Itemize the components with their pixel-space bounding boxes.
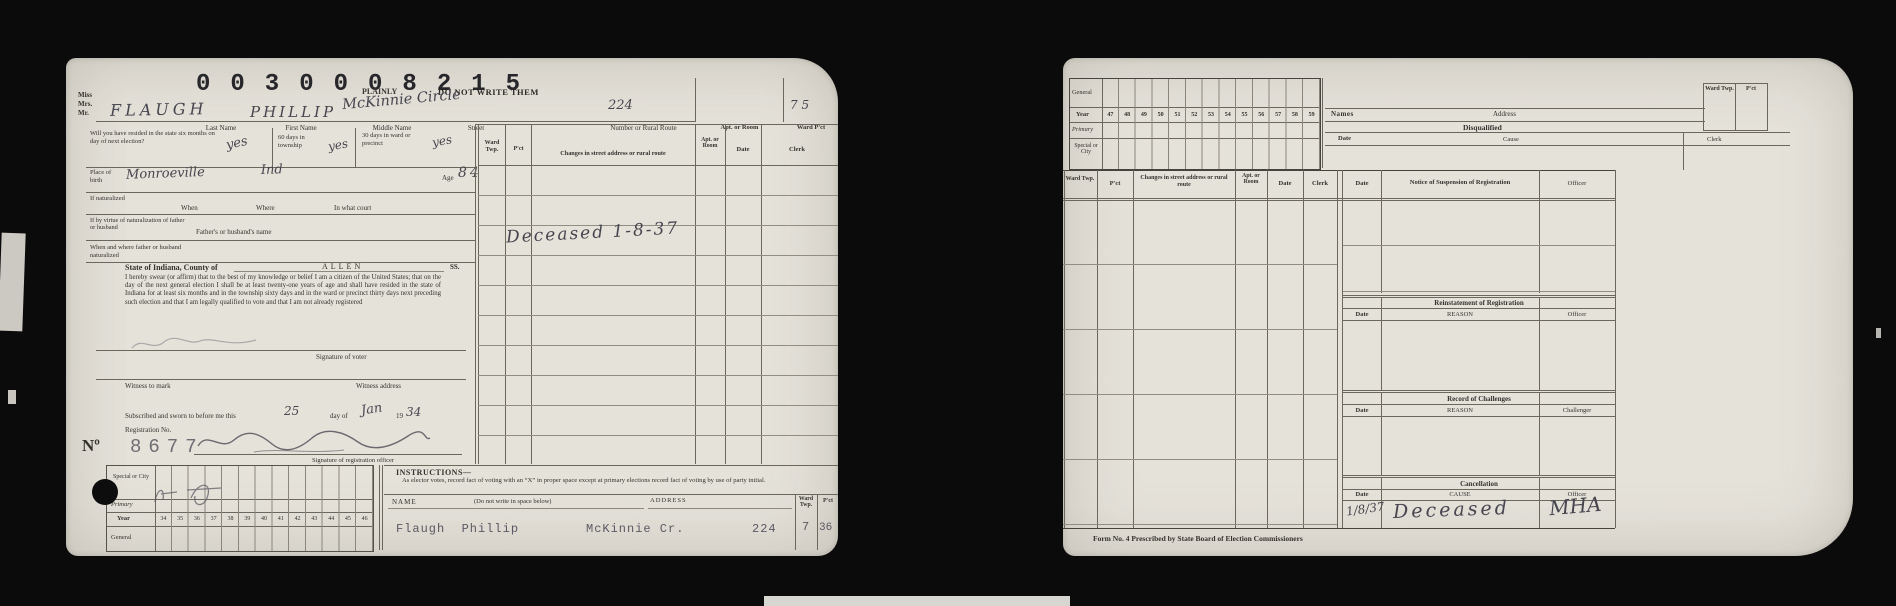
typed-number: 224	[752, 522, 777, 536]
officer-signature-line	[194, 454, 462, 455]
typed-pct: 36	[819, 522, 832, 534]
voter-signature-label: Signature of voter	[316, 353, 367, 361]
street-label: Street	[451, 124, 501, 132]
table-header-apt: Apt. or Room	[1237, 173, 1265, 185]
table-header-date: Date	[1269, 180, 1301, 187]
changes-header-apt: Apt. or Room	[696, 137, 724, 149]
sworn-19-label: 19	[396, 412, 403, 420]
disqualified-clerk-label: Clerk	[1707, 136, 1721, 143]
rule	[86, 214, 476, 215]
cancellation-cause-value: Deceased	[1393, 497, 1511, 523]
oath-state-county-label: State of Indiana, County of	[125, 263, 218, 272]
vote-year-cell: 40	[256, 513, 273, 526]
rule	[1325, 145, 1790, 146]
vote-year-cell: 53	[1203, 108, 1220, 122]
vote-year-cell: 45	[339, 513, 356, 526]
rule	[1343, 392, 1615, 393]
oath-county-value: ALLEN	[322, 262, 363, 271]
ward-pct-label: Ward P'ct	[785, 124, 837, 131]
sworn-day-value: 25	[284, 404, 299, 418]
divider	[695, 78, 696, 122]
middle-name-label: Middle Name	[356, 124, 428, 132]
oath-body: I hereby swear (or affirm) that to the b…	[125, 274, 441, 307]
reinstatement-date-label: Date	[1345, 311, 1379, 318]
typed-address: McKinnie Cr.	[586, 522, 684, 536]
rule	[1343, 489, 1615, 490]
scan-artifact	[1876, 328, 1881, 338]
changes-header-date: Date	[726, 146, 760, 153]
vote-year-cell: 51	[1169, 108, 1186, 122]
vote-year-cell: 43	[306, 513, 323, 526]
suspension-heading: Notice of Suspension of Registration	[1383, 179, 1537, 186]
divider	[272, 128, 273, 167]
township-answer: yes	[327, 136, 349, 153]
place-of-birth-label: Place of birth	[90, 169, 122, 184]
divider	[1539, 297, 1540, 390]
changes-table-rows	[1063, 200, 1337, 528]
table-header-clerk: Clerk	[1305, 180, 1335, 187]
instructions-ward-label: Ward Twp.	[795, 496, 817, 508]
registration-number: 8677	[130, 436, 204, 458]
row-primary-label: Primary	[1072, 126, 1093, 133]
voter-signature-line	[96, 350, 466, 351]
changes-header-ward: Ward Twp.	[479, 140, 505, 153]
vote-year-cell: 50	[1152, 108, 1169, 122]
pencil-mark	[147, 468, 257, 518]
sworn-day-of-label: day of	[330, 412, 348, 420]
voter-card-back: General Year Primary Special or City 474…	[1063, 58, 1853, 556]
suspension-rows	[1343, 200, 1615, 293]
last-name-value: FLAUGH	[110, 99, 208, 120]
table-header-ward: Ward Twp.	[1065, 176, 1095, 183]
rule	[1343, 416, 1615, 417]
vote-year-cell: 59	[1303, 108, 1320, 122]
name-underline	[96, 121, 696, 122]
divider	[783, 78, 784, 122]
vote-year-cell: 58	[1286, 108, 1303, 122]
vote-record-grid: Special or City Primary Year General 343…	[106, 465, 374, 552]
cancellation-officer-value: MHA	[1548, 492, 1602, 520]
form-footer: Form No. 4 Prescribed by State Board of …	[1093, 534, 1303, 543]
rule	[384, 465, 838, 466]
rule	[1063, 170, 1615, 171]
reinstatement-heading: Reinstatement of Registration	[1363, 299, 1595, 307]
sworn-prefix: Subscribed and sworn to before me this	[125, 412, 236, 420]
rule	[86, 192, 476, 193]
address-label: Address	[1493, 110, 1516, 118]
instructions-title: INSTRUCTIONS—	[396, 468, 471, 477]
rule	[1343, 295, 1615, 296]
disqualified-label: Disqualified	[1463, 123, 1502, 132]
instructions-pct-label: P'ct	[818, 498, 838, 504]
suspension-date-label: Date	[1345, 180, 1379, 187]
corner-ward-label: Ward Twp.	[1704, 86, 1735, 93]
rule	[1325, 121, 1705, 122]
divider	[1337, 170, 1338, 528]
township-question: 60 days in township	[278, 134, 326, 149]
row-year-label: Year	[117, 515, 130, 522]
scan-artifact	[8, 390, 16, 404]
witness-line	[96, 379, 466, 380]
typed-ward: 7	[802, 520, 809, 534]
disqualified-date-label: Date	[1338, 135, 1351, 142]
cancellation-date-value: 1/8/37	[1345, 499, 1385, 518]
changes-header-changes: Changes in street address or rural route	[532, 150, 694, 157]
cancellation-heading: Cancellation	[1363, 480, 1595, 488]
vote-year-cell: 57	[1270, 108, 1287, 122]
when-where-naturalized-label: When and where father or husband natural…	[90, 244, 205, 259]
vote-year-cell: 55	[1236, 108, 1253, 122]
challenges-reason-label: REASON	[1383, 407, 1537, 414]
divider	[1539, 392, 1540, 475]
residency-state-question: Will you have resided in the state six m…	[90, 130, 215, 145]
no-prefix: Nº	[82, 436, 100, 456]
corner-pct-label: P'ct	[1736, 86, 1766, 92]
punch-hole	[92, 479, 118, 505]
instructions-name-label: NAME	[392, 498, 417, 506]
instructions-address-label: ADDRESS	[650, 497, 687, 504]
vote-year-cell: 52	[1186, 108, 1203, 122]
divider	[379, 465, 380, 550]
instructions-body: As elector votes, record fact of voting …	[402, 477, 822, 485]
vote-year-cell: 54	[1219, 108, 1236, 122]
divider	[1767, 83, 1768, 131]
rule	[1343, 320, 1615, 321]
row-general-label: General	[111, 534, 132, 541]
ward-answer: yes	[431, 132, 453, 149]
vote-year-cell: 44	[323, 513, 340, 526]
rule	[388, 508, 644, 509]
reinstatement-reason-label: REASON	[1383, 311, 1537, 318]
rule	[234, 271, 444, 272]
rule	[1343, 308, 1615, 309]
rule	[1343, 390, 1615, 391]
vote-year-cell: 49	[1136, 108, 1153, 122]
witness-address-label: Witness address	[356, 382, 401, 390]
oath-ss-label: SS.	[450, 263, 460, 271]
reinstatement-officer-label: Officer	[1541, 311, 1613, 318]
grid-column-lines	[1102, 79, 1320, 169]
rule	[1343, 475, 1615, 476]
witness-to-mark-label: Witness to mark	[125, 382, 171, 390]
row-special-city-label: Special or City	[1071, 143, 1101, 156]
naturalized-label: If naturalized	[90, 195, 138, 203]
virtue-naturalization-label: If by virtue of naturalization of father…	[90, 217, 190, 231]
challenges-challenger-label: Challenger	[1541, 407, 1613, 414]
sworn-year-value: 34	[406, 405, 421, 419]
ward-pct-value: 7 5	[790, 98, 809, 112]
title-mrs-label: Mrs.	[78, 100, 92, 108]
vote-year-cell: 56	[1253, 108, 1270, 122]
street-number-value: 224	[608, 98, 633, 113]
divider	[1539, 477, 1540, 528]
names-label: Names	[1331, 110, 1354, 118]
title-mr-label: Mr.	[78, 109, 89, 117]
rule	[648, 508, 792, 509]
cancellation-cause-label: CAUSE	[1383, 491, 1537, 498]
table-header-changes: Changes in street address or rural route	[1135, 175, 1233, 189]
rule	[475, 124, 838, 125]
apt-room-label: Apt. or Room	[697, 124, 782, 131]
changes-header-clerk: Clerk	[762, 146, 832, 153]
divider	[1322, 78, 1323, 168]
court-label: In what court	[334, 204, 371, 212]
divider	[355, 128, 356, 167]
rule	[384, 494, 838, 495]
title-miss-label: Miss	[78, 91, 92, 99]
changes-header-pct: P'ct	[506, 146, 531, 152]
vote-year-cell: 46	[356, 513, 373, 526]
officer-signature-label: Signature of registration officer	[312, 457, 394, 464]
cancellation-date-label: Date	[1345, 491, 1379, 498]
rule	[1325, 132, 1790, 133]
disqualified-cause-label: Cause	[1503, 136, 1519, 143]
divider	[1381, 297, 1382, 390]
rule	[1343, 477, 1615, 478]
first-name-label: First Name	[266, 124, 336, 132]
age-label: Age	[442, 174, 454, 182]
divider	[1381, 392, 1382, 475]
sworn-month-value: Jan	[360, 401, 383, 419]
vote-year-cell: 42	[289, 513, 306, 526]
place-of-birth-value: Monroeville Ind	[126, 162, 283, 182]
voter-card-front: 0030008215 PLAINLY DO NOT WRITE THEM Mis…	[66, 58, 838, 556]
registration-no-label: Registration No.	[125, 426, 171, 434]
instructions-center-note: (Do not write in space below)	[474, 498, 551, 505]
ward-question: 30 days in ward or precinct	[362, 132, 430, 147]
rule	[1325, 108, 1705, 109]
vote-record-grid-back: General Year Primary Special or City 474…	[1069, 78, 1321, 170]
vote-year-cell: 48	[1119, 108, 1136, 122]
rule	[1063, 528, 1615, 529]
challenges-heading: Record of Challenges	[1363, 395, 1595, 403]
typed-name: Flaugh Phillip	[396, 522, 519, 536]
row-general-label: General	[1072, 89, 1092, 96]
rule	[1343, 297, 1615, 298]
scanned-voter-registration-card: 0030008215 PLAINLY DO NOT WRITE THEM Mis…	[0, 0, 1896, 606]
challenges-date-label: Date	[1345, 407, 1379, 414]
divider	[1615, 170, 1616, 528]
first-name-value: PHILLIP	[250, 103, 336, 121]
vote-year-cell: 41	[272, 513, 289, 526]
rule	[1343, 404, 1615, 405]
vote-year-cells: 47484950515253545556575859	[1102, 108, 1320, 122]
divider	[1683, 132, 1684, 170]
where-label: Where	[256, 204, 275, 212]
suspension-officer-label: Officer	[1541, 180, 1613, 187]
row-primary-label: Primary	[111, 501, 133, 508]
rule	[86, 240, 476, 241]
scan-artifact	[764, 596, 1070, 606]
changes-table-rows	[478, 166, 838, 464]
vote-year-cell: 47	[1102, 108, 1119, 122]
table-header-pct: P'ct	[1099, 180, 1131, 187]
row-year-label: Year	[1076, 111, 1089, 118]
residency-state-answer: yes	[225, 134, 249, 153]
scan-artifact	[0, 233, 26, 332]
divider	[382, 465, 383, 550]
divider	[475, 124, 476, 464]
rule	[1063, 198, 1615, 199]
father-husband-name-label: Father's or husband's name	[196, 228, 271, 236]
registration-officer-signature	[194, 428, 434, 454]
when-label: When	[181, 204, 198, 212]
